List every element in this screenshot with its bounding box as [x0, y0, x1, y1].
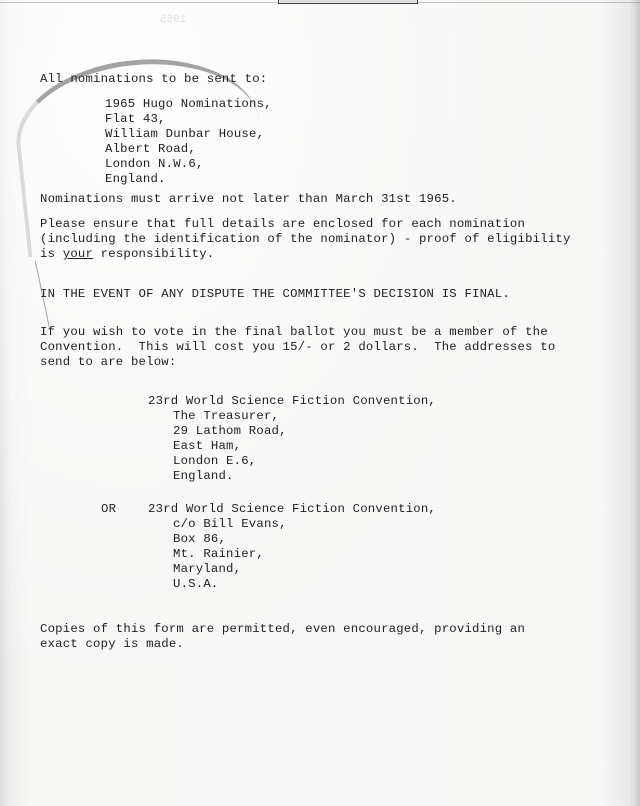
or-label: OR [101, 502, 116, 517]
details-suffix: responsibility. [93, 247, 214, 261]
copies-note-line-1: Copies of this form are permitted, even … [40, 622, 525, 637]
address-line: Albert Road, [105, 142, 272, 157]
address-line: c/o Bill Evans, [173, 517, 287, 532]
details-note-line-3: is your responsibility. [40, 247, 214, 262]
address-line: The Treasurer, [173, 409, 287, 424]
us-address-title: 23rd World Science Fiction Convention, [148, 502, 436, 517]
address-line: Box 86, [173, 532, 287, 547]
address-line: Mt. Rainier, [173, 547, 287, 562]
address-line: U.S.A. [173, 577, 287, 592]
address-line: Maryland, [173, 562, 287, 577]
binder-tab [278, 0, 418, 4]
underlined-your: your [63, 247, 93, 261]
dispute-notice: IN THE EVENT OF ANY DISPUTE THE COMMITTE… [40, 287, 510, 302]
address-line: London N.W.6, [105, 157, 272, 172]
deadline-notice: Nominations must arrive not later than M… [40, 192, 457, 207]
details-note-line-1: Please ensure that full details are encl… [40, 217, 525, 232]
address-line: England. [105, 172, 272, 187]
copies-note-line-2: exact copy is made. [40, 637, 184, 652]
us-address: c/o Bill Evans, Box 86, Mt. Rainier, Mar… [173, 517, 287, 592]
uk-address: The Treasurer, 29 Lathom Road, East Ham,… [173, 409, 287, 484]
uk-address-title: 23rd World Science Fiction Convention, [148, 394, 436, 409]
address-line: 29 Lathom Road, [173, 424, 287, 439]
address-line: East Ham, [173, 439, 287, 454]
address-line: 1965 Hugo Nominations, [105, 97, 272, 112]
send-to-heading: All nominations to be sent to: [40, 72, 267, 87]
address-line: Flat 43, [105, 112, 272, 127]
membership-note-line-2: Convention. This will cost you 15/- or 2… [40, 340, 555, 355]
membership-note-line-1: If you wish to vote in the final ballot … [40, 325, 548, 340]
bleed-through-header: 1965 [160, 14, 186, 26]
details-prefix: is [40, 247, 63, 261]
typewritten-page: 1965 All nominations to be sent to: 1965… [0, 0, 640, 806]
address-line: London E.6, [173, 454, 287, 469]
membership-note-line-3: send to are below: [40, 355, 176, 370]
address-line: England. [173, 469, 287, 484]
address-line: William Dunbar House, [105, 127, 272, 142]
nomination-address: 1965 Hugo Nominations, Flat 43, William … [105, 97, 272, 187]
details-note-line-2: (including the identification of the nom… [40, 232, 571, 247]
